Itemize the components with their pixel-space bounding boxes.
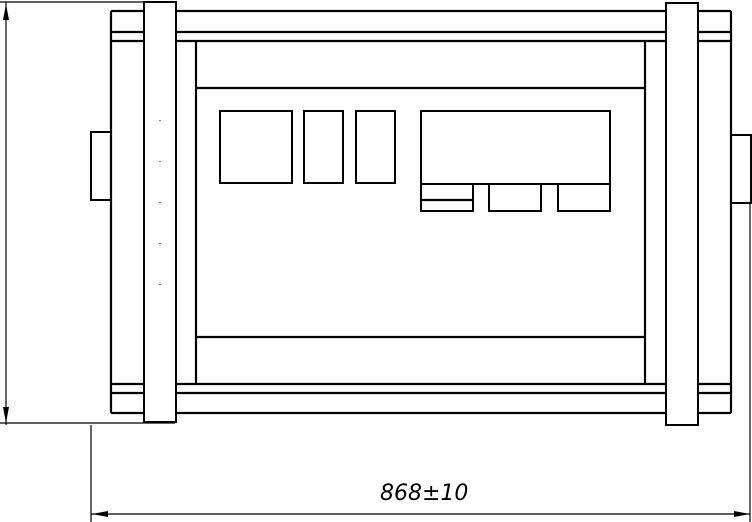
left-side-handle	[91, 132, 111, 200]
arrow-right-icon	[734, 511, 750, 517]
arrow-down-icon	[3, 407, 9, 423]
sub-module-2	[489, 184, 541, 211]
arrow-left-icon	[92, 511, 108, 517]
right-side-handle	[731, 135, 751, 203]
display-module-wide	[421, 111, 610, 184]
dimension-label: 868±10	[380, 481, 468, 506]
bottom-rails	[111, 384, 731, 413]
sub-module-3	[558, 184, 610, 211]
arrow-up-icon	[3, 4, 9, 20]
display-module-3	[356, 111, 395, 183]
display-module-2	[304, 111, 343, 183]
display-module-large	[220, 111, 292, 183]
right-post	[666, 3, 698, 425]
technical-drawing: 868±10	[0, 0, 752, 522]
left-post	[144, 2, 176, 422]
top-rails	[111, 11, 731, 41]
sub-module-1	[421, 184, 473, 211]
front-panel	[196, 41, 645, 384]
